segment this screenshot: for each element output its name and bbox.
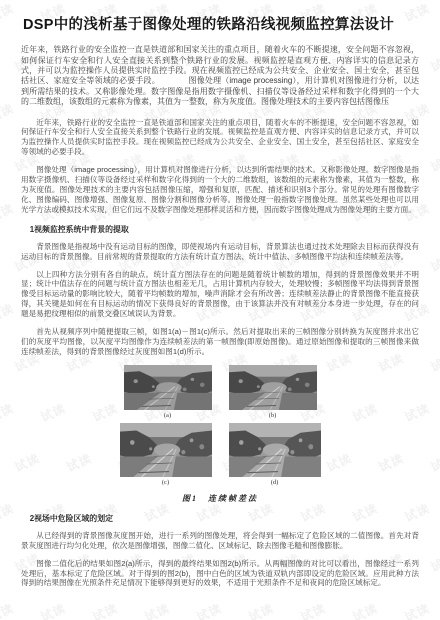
figure1-row-top: (a) (b) [21, 365, 419, 422]
figure1-label-d: (d) [271, 479, 279, 486]
document-page: 试读试读试读试读试读试读试读试读试读试读试读试读试读试读试读试读试读试读试读试读… [0, 0, 440, 620]
intro-paragraph: 近年来，铁路行业的安全监控一直是铁道部和国家关注的重点项目，随着火车的不断提速，… [21, 118, 419, 158]
document-content: DSP中的浅析基于图像处理的铁路沿线视频监控算法设计 近年来，铁路行业的安全监控… [0, 0, 440, 588]
methods-flaws-paragraph: 以上四种方法分别有各自的缺点。统计直方图法存在的问题是随着统计帧数的增加，得到的… [21, 270, 419, 320]
watermark-text: 试读 [0, 599, 16, 620]
figure1-caption: 图1 连续帧差法 [21, 493, 419, 504]
watermark-text: 试读 [402, 599, 433, 620]
figure1-cell-c: (c) [120, 423, 212, 489]
danger-zone-process-paragraph: 从已经得到的背景图像灰度图开始，进行一系列的图像处理，将会得到一幅标定了危险区域… [21, 531, 419, 551]
watermark-text: 试读 [246, 599, 277, 620]
figure1-cell-d: (d) [229, 423, 321, 489]
watermark-text: 试读 [90, 599, 121, 620]
image-processing-paragraph: 图像处理（image processing），用计算机对图像进行分析，以达到所需… [21, 165, 419, 215]
railway-photo-b [229, 365, 317, 410]
frame-extraction-paragraph: 首先从视频序列中随便提取三帧，如图1(a)－图1(c)所示。然后对提取出来的三帧… [21, 327, 419, 357]
railway-photo-a [124, 365, 212, 410]
figure1-label-c: (c) [162, 479, 169, 486]
figure1-cell-b: (b) [229, 365, 317, 422]
figure1-label-b: (b) [269, 412, 277, 419]
railway-photo-c [120, 423, 212, 477]
page-title: DSP中的浅析基于图像处理的铁路沿线视频监控算法设计 [23, 16, 419, 34]
binarization-result-paragraph: 图像二值化后的结果如图2(a)所示，得到的最终结果如图2(b)所示。从两幅图像的… [21, 559, 419, 589]
section1-heading: 1视频监控系统中背景的提取 [21, 224, 419, 235]
figure1-label-a: (a) [164, 412, 171, 419]
railway-photo-d [229, 423, 321, 477]
figure1: (a) (b) (c) (d) 图1 连续帧差法 [21, 365, 419, 504]
watermark-text: 试读 [298, 599, 329, 620]
watermark-text: 试读 [142, 599, 173, 620]
section2-heading: 2视场中危险区域的划定 [21, 513, 419, 524]
abstract-paragraph: 近年来，铁路行业的安全监控一直是铁道部和国家关注的重点项目，随着火车的不断提速，… [21, 45, 419, 107]
watermark-text: 试读 [38, 599, 69, 620]
figure1-row-bottom: (c) (d) [21, 423, 419, 489]
figure1-cell-a: (a) [124, 365, 212, 422]
watermark-text: 试读 [350, 599, 381, 620]
background-extraction-paragraph: 背景图像是指视场中没有运动目标的图像，即使视场内有运动目标，背景算法也通过技术处… [21, 242, 419, 262]
watermark-text: 试读 [194, 599, 225, 620]
